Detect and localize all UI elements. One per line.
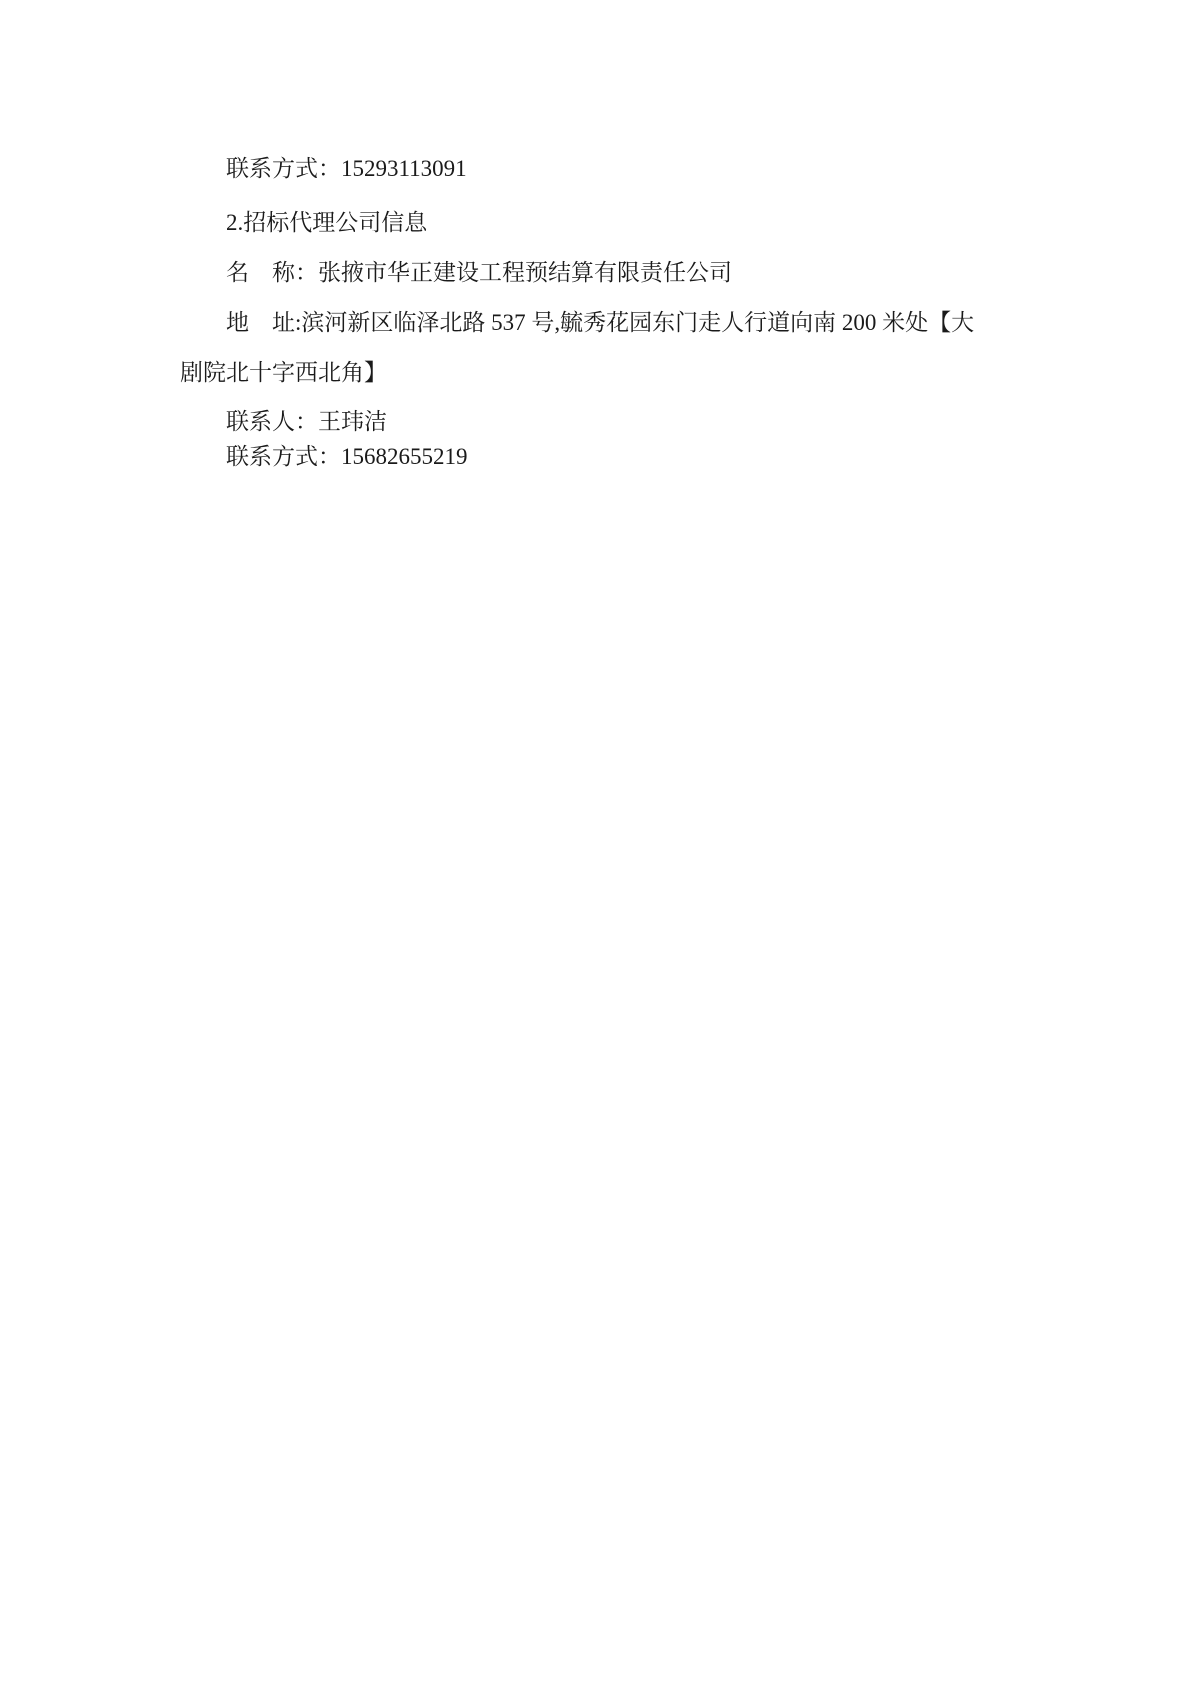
agency-contact-person-line: 联系人：王玮洁 xyxy=(180,404,1013,439)
section-2-heading: 2.招标代理公司信息 xyxy=(180,198,1013,248)
agency-contact-phone-line: 联系方式：15682655219 xyxy=(180,439,1013,474)
tenderer-contact-phone-line: 联系方式：15293113091 xyxy=(180,144,1013,194)
agency-address-line: 地 址:滨河新区临泽北路 537 号,毓秀花园东门走人行道向南 200 米处【大… xyxy=(180,298,1013,398)
document-page: 联系方式：15293113091 2.招标代理公司信息 名 称：张掖市华正建设工… xyxy=(0,0,1191,1684)
agency-name-line: 名 称：张掖市华正建设工程预结算有限责任公司 xyxy=(180,248,1013,298)
